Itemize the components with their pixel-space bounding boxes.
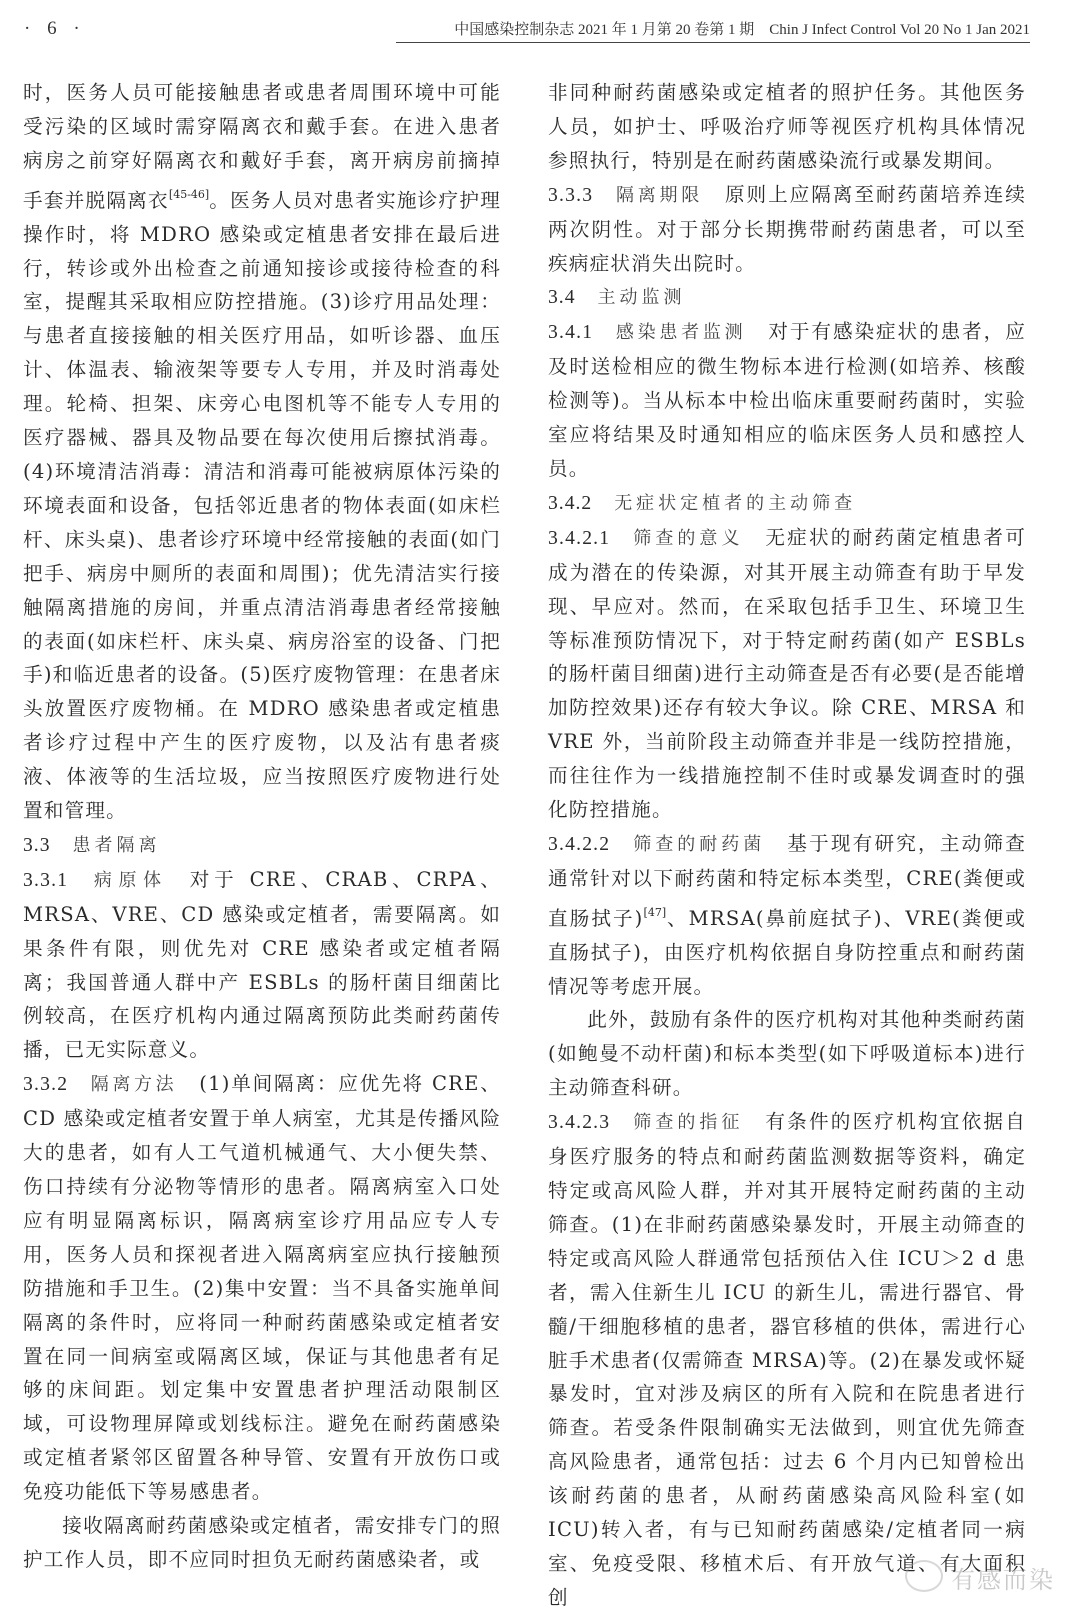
section-title: 主动监测 xyxy=(598,287,686,308)
page-number: · 6 · xyxy=(24,18,86,40)
section-title: 患者隔离 xyxy=(73,835,161,856)
citation-ref[interactable]: [45-46] xyxy=(169,188,209,201)
section-heading-3-4: 3.4主动监测 xyxy=(548,280,1026,315)
section-number: 3.4.1 xyxy=(548,322,593,343)
section-title: 隔离方法 xyxy=(90,1074,177,1095)
subsection-3-4-1: 3.4.1感染患者监测对于有感染症状的患者，应及时送检相应的微生物标本进行检测(… xyxy=(548,315,1026,486)
section-number: 3.4.2.3 xyxy=(548,1112,610,1133)
section-number: 3.3 xyxy=(23,835,51,856)
section-number: 3.4.2.2 xyxy=(548,834,610,855)
right-column: 非同种耐药菌感染或定植者的照护任务。其他医务人员，如护士、呼吸治疗师等视医疗机构… xyxy=(548,76,1026,1613)
section-heading-3-3: 3.3患者隔离 xyxy=(23,828,501,863)
left-column: 时，医务人员可能接触患者或患者周围环境中可能受污染的区域时需穿隔离衣和戴手套。在… xyxy=(23,76,501,1577)
section-number: 3.4 xyxy=(548,287,576,308)
section-title: 隔离期限 xyxy=(615,185,703,206)
body-text: 无症状的耐药菌定植患者可成为潜在的传染源，对其开展主动筛查有助于早发现、早应对。… xyxy=(548,526,1026,821)
subsection-3-4-2-3: 3.4.2.3筛查的指征有条件的医疗机构宜依据自身医疗服务的特点和耐药菌监测数据… xyxy=(548,1105,1026,1613)
section-title: 筛查的意义 xyxy=(632,528,743,549)
paragraph: 接收隔离耐药菌感染或定植者，需安排专门的照护工作人员，即不应同时担负无耐药菌感染… xyxy=(23,1509,501,1577)
section-number: 3.4.2 xyxy=(548,493,592,514)
citation-ref[interactable]: [47] xyxy=(644,906,667,919)
subsection-3-3-2: 3.3.2隔离方法(1)单间隔离：应优先将 CRE、CD 感染或定植者安置于单人… xyxy=(23,1067,501,1509)
running-head: 中国感染控制杂志 2021 年 1 月第 20 卷第 1 期 Chin J In… xyxy=(396,18,1030,43)
section-number: 3.3.2 xyxy=(23,1074,68,1095)
body-text: (1)单间隔离：应优先将 CRE、CD 感染或定植者安置于单人病室，尤其是传播风… xyxy=(23,1072,501,1503)
body-text: 。医务人员对患者实施诊疗护理操作时，将 MDRO 感染或定植患者安排在最后进行，… xyxy=(23,189,501,822)
watermark-text: 有感而染 xyxy=(951,1560,1055,1595)
paragraph: 此外，鼓励有条件的医疗机构对其他种类耐药菌(如鲍曼不动杆菌)和标本类型(如下呼吸… xyxy=(548,1003,1026,1105)
body-text: 有条件的医疗机构宜依据自身医疗服务的特点和耐药菌监测数据等资料，确定特定或高风险… xyxy=(548,1110,1026,1609)
subsection-3-4-2-1: 3.4.2.1筛查的意义无症状的耐药菌定植患者可成为潜在的传染源，对其开展主动筛… xyxy=(548,521,1026,827)
section-number: 3.4.2.1 xyxy=(548,528,610,549)
subsection-3-3-3: 3.3.3隔离期限原则上应隔离至耐药菌培养连续两次阴性。对于部分长期携带耐药菌患… xyxy=(548,178,1026,281)
subsection-3-3-1: 3.3.1病原体对于 CRE、CRAB、CRPA、MRSA、VRE、CD 感染或… xyxy=(23,863,501,1067)
wechat-logo-icon xyxy=(905,1560,943,1592)
section-title: 筛查的指征 xyxy=(632,1112,743,1133)
section-title: 筛查的耐药菌 xyxy=(632,834,765,855)
watermark: 有感而染 xyxy=(905,1556,1075,1596)
body-text: 对于 CRE、CRAB、CRPA、MRSA、VRE、CD 感染或定植者，需要隔离… xyxy=(23,868,501,1062)
paragraph: 非同种耐药菌感染或定植者的照护任务。其他医务人员，如护士、呼吸治疗师等视医疗机构… xyxy=(548,76,1026,178)
section-title: 病原体 xyxy=(90,870,168,891)
section-number: 3.3.3 xyxy=(548,185,593,206)
section-number: 3.3.1 xyxy=(23,870,68,891)
page-header: · 6 · 中国感染控制杂志 2021 年 1 月第 20 卷第 1 期 Chi… xyxy=(24,18,1030,46)
section-title: 无症状定植者的主动筛查 xyxy=(614,493,856,514)
section-title: 感染患者监测 xyxy=(615,322,746,343)
subsection-3-4-2-2: 3.4.2.2筛查的耐药菌基于现有研究，主动筛查通常针对以下耐药菌和特定标本类型… xyxy=(548,827,1026,1004)
paragraph: 时，医务人员可能接触患者或患者周围环境中可能受污染的区域时需穿隔离衣和戴手套。在… xyxy=(23,76,501,828)
body-text: 对于有感染症状的患者，应及时送检相应的微生物标本进行检测(如培养、核酸检测等)。… xyxy=(548,320,1026,480)
subsection-heading-3-4-2: 3.4.2无症状定植者的主动筛查 xyxy=(548,486,1026,521)
